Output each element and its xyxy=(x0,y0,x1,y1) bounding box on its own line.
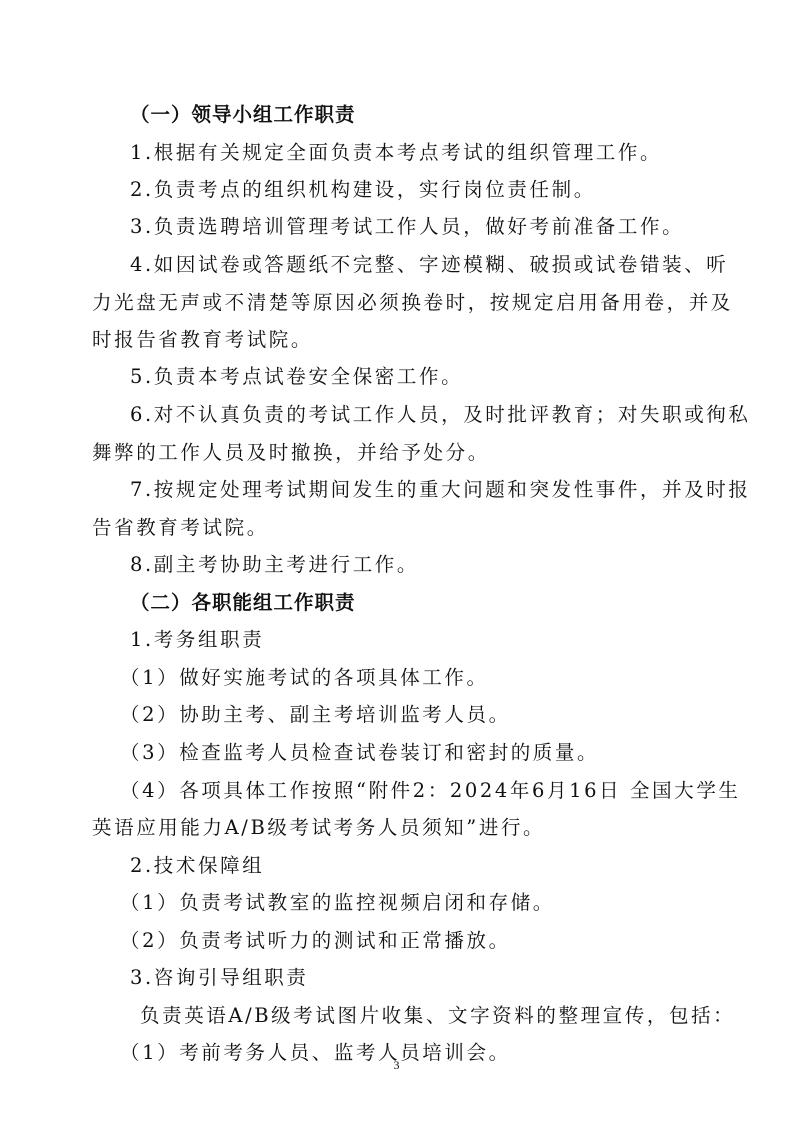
text-line: 2.技术保障组 xyxy=(130,854,264,878)
text-line: 告省教育考试院。 xyxy=(92,516,269,540)
text-line: 7.按规定处理考试期间发生的重大问题和突发性事件，并及时报 xyxy=(130,478,751,502)
text-line: 时报告省教育考试院。 xyxy=(92,328,313,352)
text-line: 1.根据有关规定全面负责本考点考试的组织管理工作。 xyxy=(130,141,662,165)
text-line: 力光盘无声或不清楚等原因必须换卷时，按规定启用备用卷，并及 xyxy=(92,291,733,315)
text-line: 2.负责考点的组织机构建设，实行岗位责任制。 xyxy=(130,178,596,202)
text-line: （1）做好实施考试的各项具体工作。 xyxy=(120,666,489,690)
text-line: 3.咨询引导组职责 xyxy=(130,966,309,990)
text-line: （4）各项具体工作按照“附件2：2024年6月16日 全国大学生 xyxy=(120,779,741,803)
section-heading: （二）各职能组工作职责 xyxy=(130,591,356,615)
page-number: 3 xyxy=(0,1058,793,1073)
text-line: 3.负责选聘培训管理考试工作人员，做好考前准备工作。 xyxy=(130,215,684,239)
text-line: （3）检查监考人员检查试卷装订和密封的质量。 xyxy=(120,741,599,765)
text-line: 5.负责本考点试卷安全保密工作。 xyxy=(130,365,463,389)
text-line: 1.考务组职责 xyxy=(130,628,264,652)
text-line: 舞弊的工作人员及时撤换，并给予处分。 xyxy=(92,441,490,465)
text-line: （2）负责考试听力的测试和正常播放。 xyxy=(120,929,511,953)
text-line: 负责英语A/B级考试图片收集、文字资料的整理宣传，包括： xyxy=(140,1004,735,1028)
text-line: 8.副主考协助主考进行工作。 xyxy=(130,553,419,577)
text-line: 4.如因试卷或答题纸不完整、字迹模糊、破损或试卷错装、听 xyxy=(130,253,728,277)
section-heading: （一）领导小组工作职责 xyxy=(130,103,356,127)
text-line: 英语应用能力A/B级考试考务人员须知”进行。 xyxy=(92,816,545,840)
text-line: （1）负责考试教室的监控视频启闭和存储。 xyxy=(120,891,555,915)
text-line: 6.对不认真负责的考试工作人员，及时批评教育；对失职或徇私 xyxy=(130,403,751,427)
text-line: （2）协助主考、副主考培训监考人员。 xyxy=(120,703,511,727)
